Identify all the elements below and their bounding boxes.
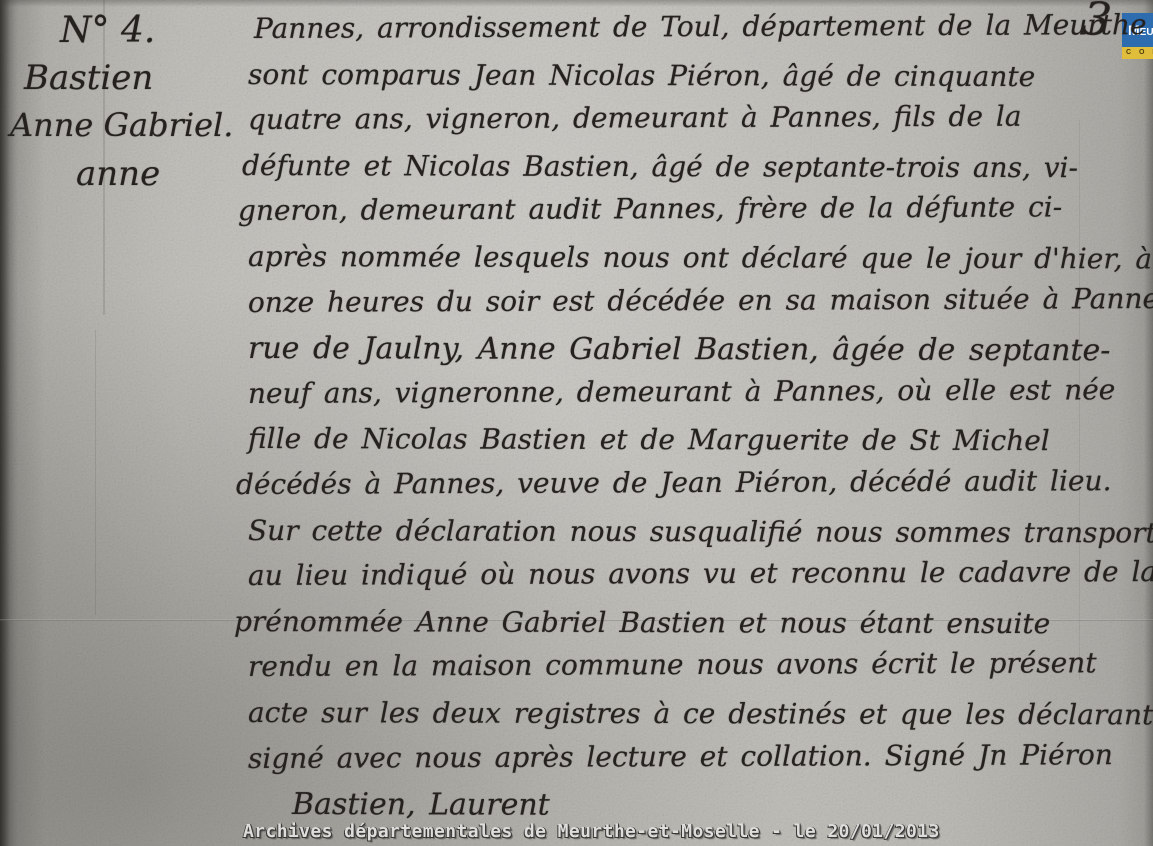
handwritten-line: après nommée lesquels nous ont déclaré q… xyxy=(248,240,1146,288)
handwritten-line: Sur cette déclaration nous susqualifié n… xyxy=(248,514,1146,562)
handwritten-line: quatre ans, vigneron, demeurant à Pannes… xyxy=(248,99,1146,149)
page-top-edge xyxy=(0,0,1153,7)
margin-act-number: N° 4. xyxy=(8,10,238,58)
handwritten-line: onze heures du soir est décédée en sa ma… xyxy=(248,282,1146,332)
margin-surname: Bastien xyxy=(8,58,238,106)
handwritten-line: fille de Nicolas Bastien et de Marguerit… xyxy=(248,422,1146,470)
vertical-crease xyxy=(95,330,96,615)
margin-given-names: Anne Gabriel. xyxy=(8,106,238,154)
margin-flourish: anne xyxy=(8,154,238,202)
margin-annotations: N° 4. Bastien Anne Gabriel. anne xyxy=(8,10,238,202)
handwritten-line: neuf ans, vigneronne, demeurant à Pannes… xyxy=(248,373,1146,423)
handwritten-line: signé avec nous après lecture et collati… xyxy=(248,738,1146,788)
scanned-register-page: N° 4. Bastien Anne Gabriel. anne 3 Meu C… xyxy=(0,0,1153,846)
archives-watermark: Archives départementales de Meurthe-et-M… xyxy=(243,821,940,842)
handwritten-line: Pannes, arrondissement de Toul, départem… xyxy=(254,8,1146,57)
handwritten-line: rendu en la maison commune nous avons éc… xyxy=(248,646,1146,696)
handwritten-line: au lieu indiqué où nous avons vu et reco… xyxy=(248,555,1146,605)
handwritten-line: prénommée Anne Gabriel Bastien et nous é… xyxy=(234,605,1146,653)
handwritten-line: décédés à Pannes, veuve de Jean Piéron, … xyxy=(236,464,1146,514)
handwritten-line: sont comparus Jean Nicolas Piéron, âgé d… xyxy=(248,58,1146,106)
handwritten-line: acte sur les deux registres à ce destiné… xyxy=(248,696,1146,744)
handwritten-line: rue de Jaulny, Anne Gabriel Bastien, âgé… xyxy=(248,331,1146,379)
handwritten-line: gneron, demeurant audit Pannes, frère de… xyxy=(238,190,1146,240)
handwritten-line: défunte et Nicolas Bastien, âgé de septa… xyxy=(242,149,1146,197)
act-body-text: Pannes, arrondissement de Toul, départem… xyxy=(248,12,1146,833)
